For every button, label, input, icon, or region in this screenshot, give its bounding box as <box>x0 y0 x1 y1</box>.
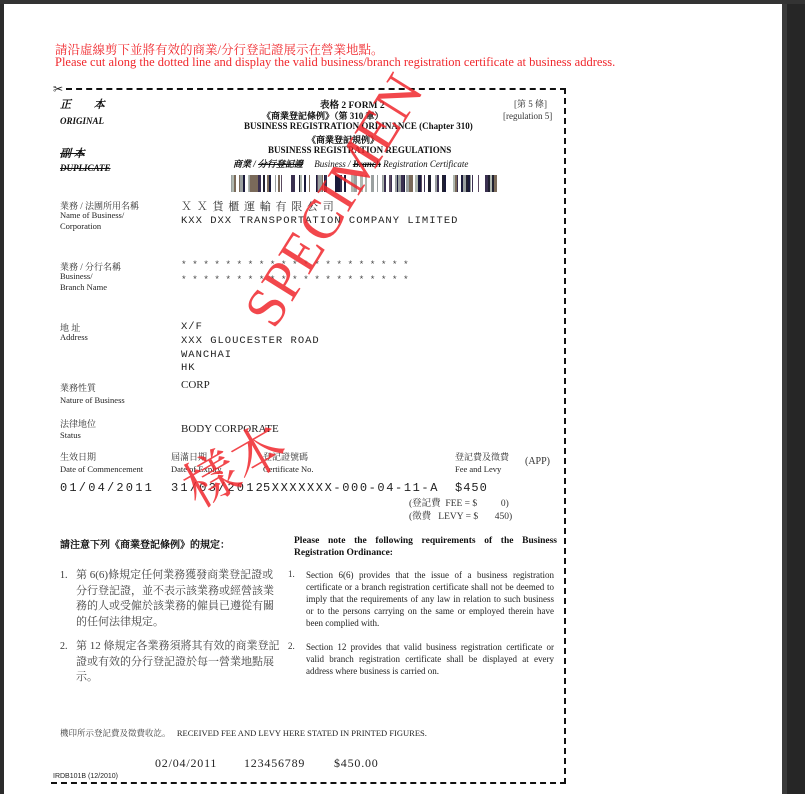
expiry-label-en: Date of Expiry <box>171 464 222 475</box>
note-1-en: Section 6(6) provides that the issue of … <box>306 569 554 629</box>
commencement-label-zh: 生效日期 <box>60 450 96 463</box>
fee-breakdown: (登記費 FEE = $ 0) <box>409 495 509 509</box>
scissors-icon: ✂ <box>53 82 63 96</box>
nature-value: CORP <box>181 379 210 391</box>
certificate-value: 5XXXXXXX-000-04-11-A <box>263 481 439 495</box>
status-label-zh: 法律地位 <box>60 417 96 430</box>
business-name-zh: Ｘ Ｘ 貨 櫃 運 輸 有 限 公 司 <box>181 198 335 214</box>
note-1-number-en: 1. <box>288 569 295 579</box>
duplicate-label-en: DUPLICATE <box>60 163 111 173</box>
document-page: 請沿虛線剪下並將有效的商業/分行登記證展示在營業地點。 Please cut a… <box>4 4 782 794</box>
address-line-2: XXX GLOUCESTER ROAD <box>181 335 320 347</box>
form-code: IRDB101B (12/2010) <box>53 773 118 780</box>
scrollbar-track-edge <box>782 4 787 794</box>
branch-label-en-1: Business/ <box>60 271 93 282</box>
note-1-number-zh: 1. <box>60 570 68 581</box>
received-statement-zh: 機印所示登記費及徵費收訖。 <box>60 728 171 738</box>
branch-name-line-2: ********************* <box>181 274 414 285</box>
nature-label-zh: 業務性質 <box>60 381 96 394</box>
original-label-zh: 正 本 <box>60 96 115 112</box>
name-label-en-1: Name of Business/ <box>60 210 124 221</box>
cut-line-top <box>66 88 566 90</box>
receipt-amount: $450.00 <box>334 756 379 771</box>
address-label-en: Address <box>60 332 88 343</box>
fee-label-en: Fee and Levy <box>455 464 501 475</box>
regulation-ref-en: [regulation 5] <box>503 111 552 121</box>
cert-type-en-rest: Registration Certificate <box>381 159 469 169</box>
certificate-type: 商業 / 分行登記證 Business / Branch Registratio… <box>233 157 468 170</box>
notes-title-zh: 請注意下列《商業登記條例》的規定： <box>60 536 230 551</box>
cut-line-bottom <box>51 782 566 784</box>
received-statement: 機印所示登記費及徵費收訖。 RECEIVED FEE AND LEVY HERE… <box>60 727 427 739</box>
barcode <box>229 175 496 192</box>
cut-line-right <box>564 88 566 784</box>
ordinance-title-en: BUSINESS REGISTRATION ORDINANCE (Chapter… <box>244 121 473 131</box>
expiry-value: 31/03/2012 <box>171 481 265 495</box>
cert-type-en-business: Business / <box>314 159 353 169</box>
cert-type-zh-business: 商業 <box>233 159 251 169</box>
original-label-en: ORIGINAL <box>60 116 104 126</box>
cut-notice-en: Please cut along the dotted line and dis… <box>55 55 615 70</box>
receipt-date: 02/04/2011 <box>155 756 217 771</box>
note-2-number-zh: 2. <box>60 641 68 652</box>
status-value: BODY CORPORATE <box>181 423 279 435</box>
commencement-value: 01/04/2011 <box>60 481 154 495</box>
commencement-label-en: Date of Commencement <box>60 464 143 475</box>
branch-name-line-1: ********************* <box>181 259 414 270</box>
status-label-en: Status <box>60 430 81 441</box>
note-2-en: Section 12 provides that valid business … <box>306 641 554 677</box>
address-line-3: WANCHAI <box>181 349 232 361</box>
certificate-label-zh: 登記證號碼 <box>263 450 308 463</box>
note-2-number-en: 2. <box>288 641 295 651</box>
received-statement-en: RECEIVED FEE AND LEVY HERE STATED IN PRI… <box>177 728 427 738</box>
address-line-4: HK <box>181 362 196 374</box>
receipt-number: 123456789 <box>244 756 305 771</box>
name-label-en-2: Corporation <box>60 221 101 232</box>
levy-breakdown: (徵費 LEVY = $ 450) <box>409 508 512 522</box>
cert-type-zh-branch: 分行登記證 <box>258 159 303 169</box>
regulation-ref-zh: [第 5 條] <box>514 97 547 110</box>
fee-label-zh: 登記費及徵費 <box>455 450 509 463</box>
expiry-label-zh: 屆滿日期 <box>171 450 207 463</box>
branch-label-en-2: Branch Name <box>60 282 107 293</box>
fee-app-tag: (APP) <box>525 456 550 467</box>
business-name-en: KXX DXX TRANSPORTATION COMPANY LIMITED <box>181 215 458 227</box>
notes-title-en: Please note the following requirements o… <box>294 535 557 559</box>
note-1-zh: 第 6(6)條規定任何業務獲發商業登記證或分行登記證，並不表示該業務或經營該業務… <box>76 568 284 630</box>
note-2-zh: 第 12 條規定各業務須將其有效的商業登記證或有效的分行登記證於每一營業地點展示… <box>76 639 284 686</box>
cert-type-en-branch: Branch <box>353 159 381 169</box>
nature-label-en: Nature of Business <box>60 395 125 406</box>
cert-type-zh-sep: / <box>251 159 258 169</box>
certificate-label-en: Certificate No. <box>263 464 314 475</box>
fee-total: $450 <box>455 481 488 495</box>
address-line-1: X/F <box>181 321 203 333</box>
regulations-title-en: BUSINESS REGISTRATION REGULATIONS <box>268 145 451 155</box>
duplicate-label-zh: 副 本 <box>60 145 85 161</box>
